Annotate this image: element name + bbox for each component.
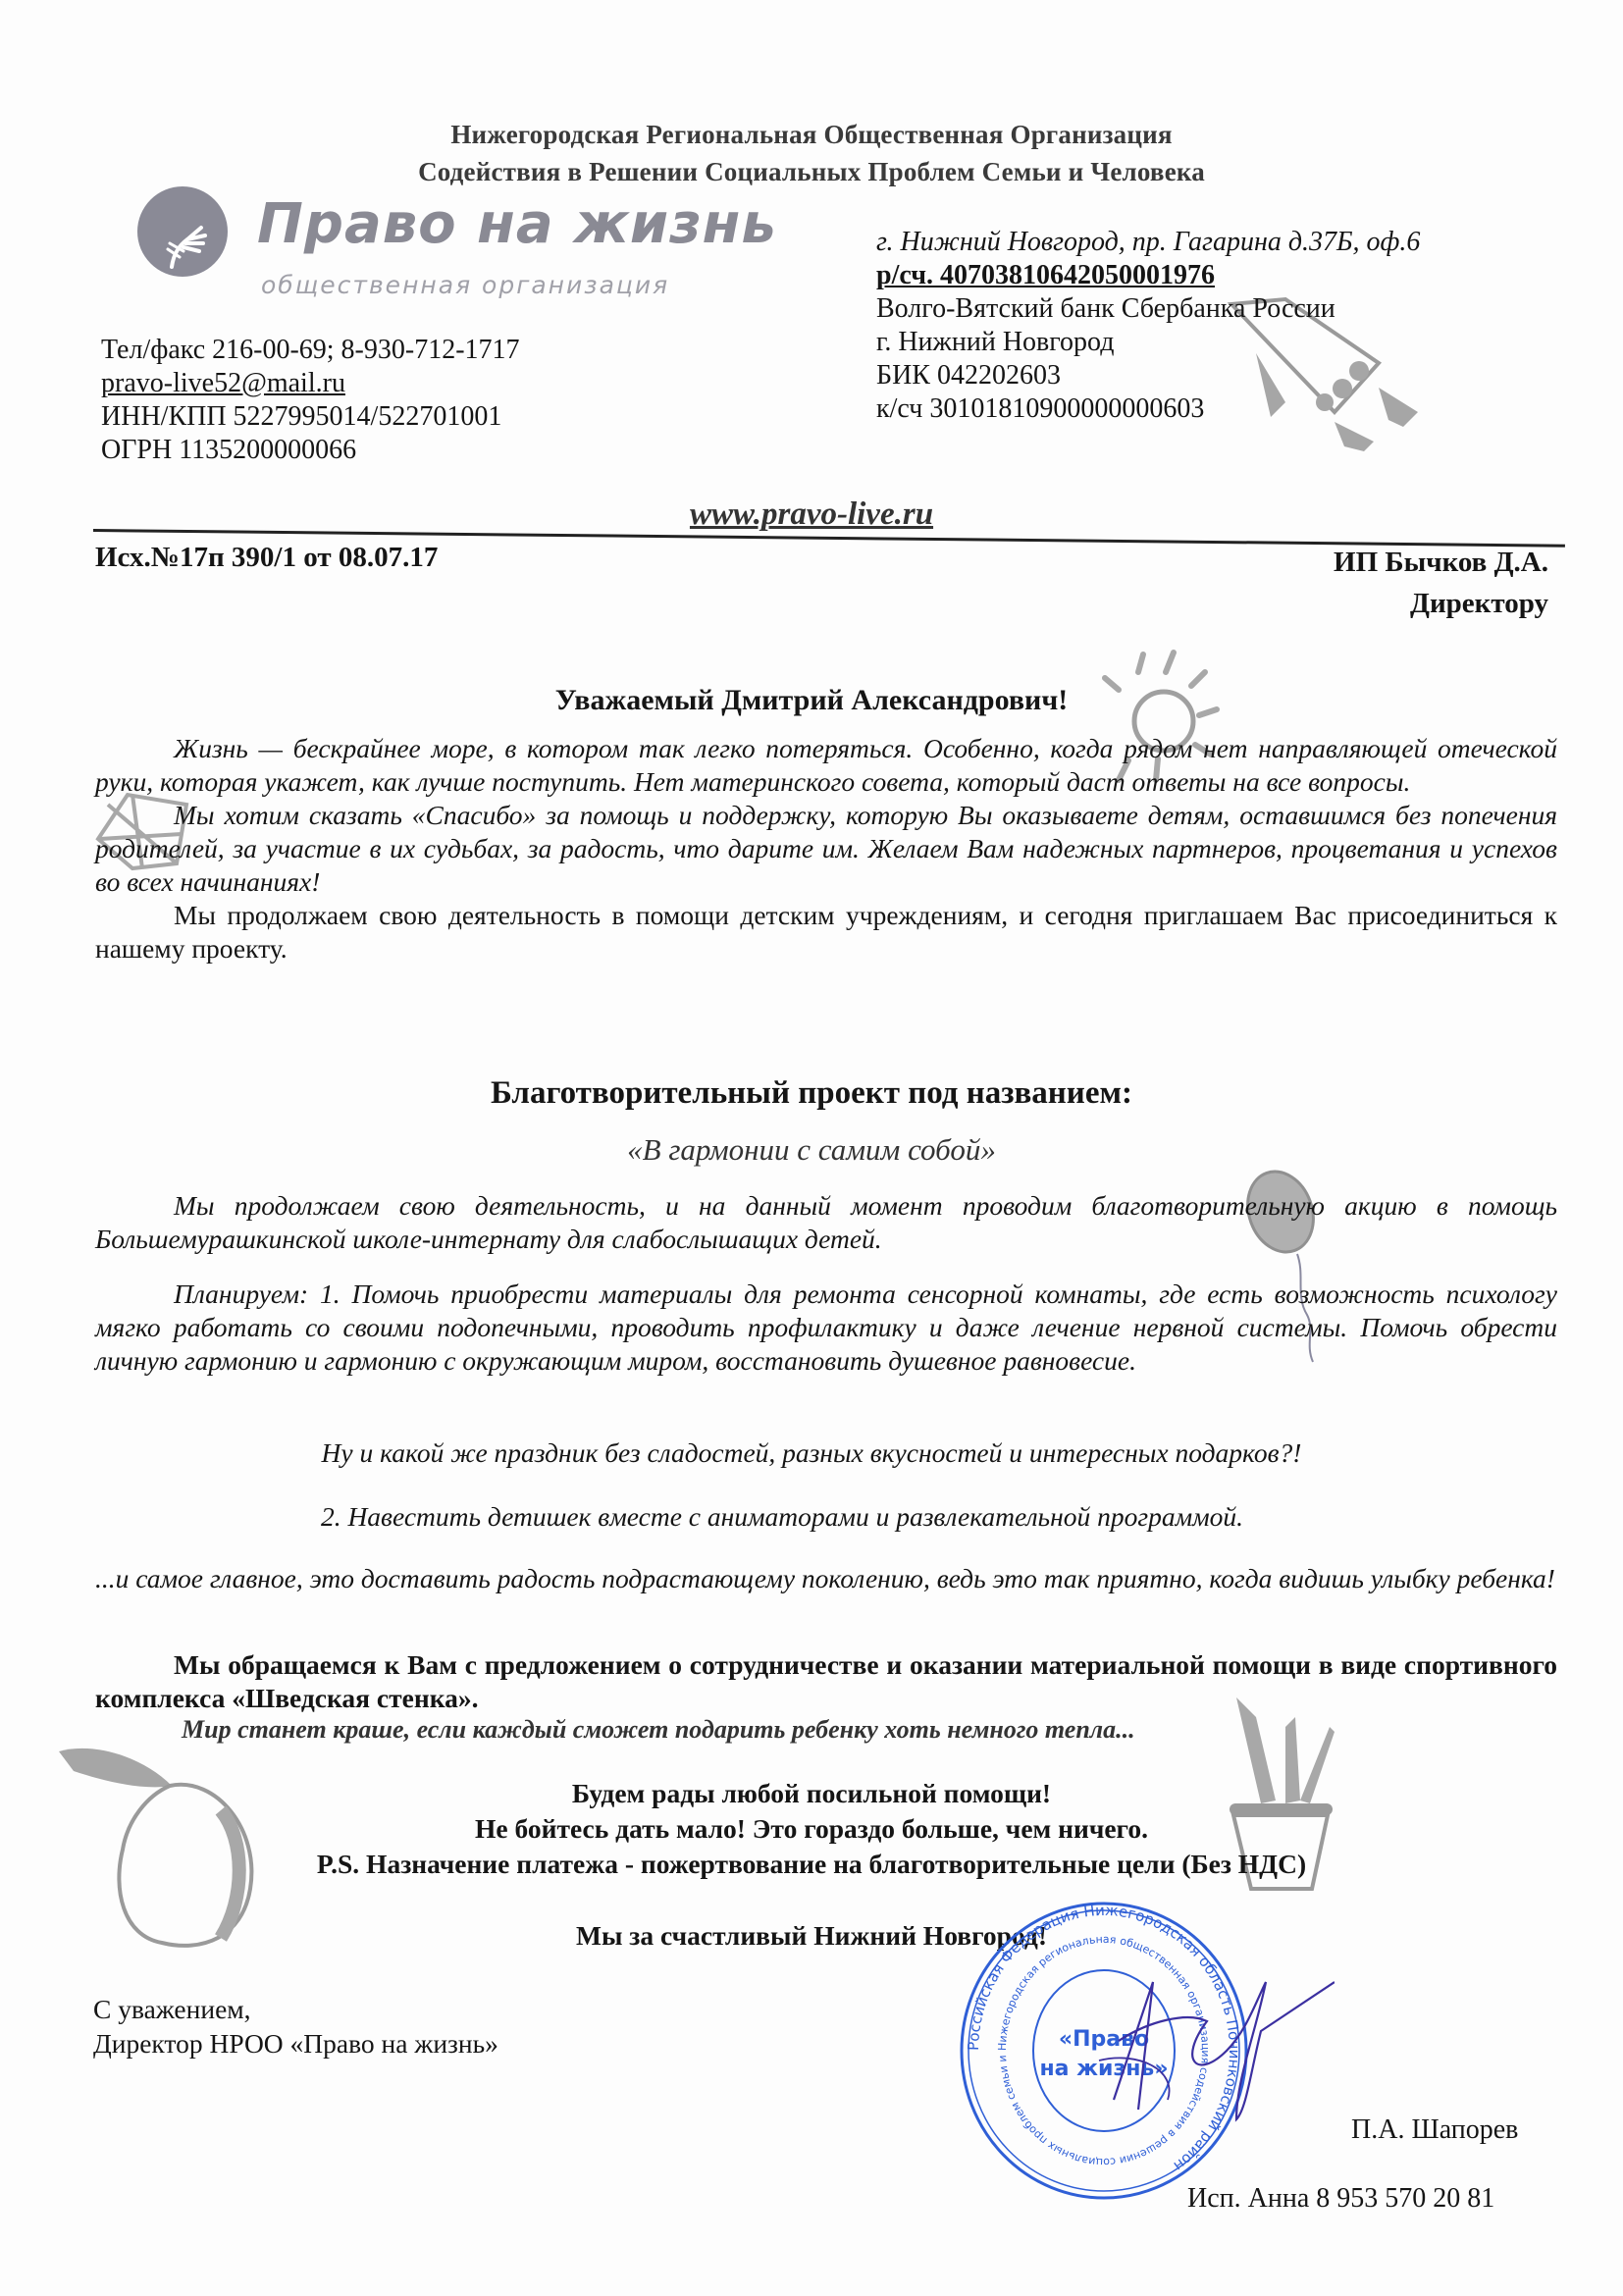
signer-position: Директор НРОО «Право на жизнь»: [93, 2026, 498, 2061]
letter-page: Нижегородская Региональная Общественная …: [0, 0, 1623, 2296]
inn-kpp: ИНН/КПП 5227995014/522701001: [101, 400, 520, 434]
project-heading: Благотворительный проект под названием:: [0, 1075, 1623, 1112]
paragraph-3: Мы продолжаем свою деятельность в помощи…: [95, 899, 1557, 965]
main-point: ...и самое главное, это доставить радост…: [95, 1562, 1557, 1595]
bank-details: г. Нижний Новгород, пр. Гагарина д.37Б, …: [876, 226, 1420, 426]
outgoing-number: Исх.№17п 390/1 от 08.07.17: [95, 542, 438, 574]
bank-city: г. Нижний Новгород: [876, 326, 1420, 359]
paragraph-2: Мы хотим сказать «Спасибо» за помощь и п…: [95, 799, 1557, 899]
project-paragraph-1: Мы продолжаем свою деятельность, и на да…: [95, 1189, 1557, 1256]
office-address: г. Нижний Новгород, пр. Гагарина д.37Б, …: [876, 226, 1420, 259]
regards-block: С уважением, Директор НРОО «Право на жиз…: [93, 1992, 498, 2061]
org-name-line2: Содействия в Решении Социальных Проблем …: [0, 153, 1623, 190]
payment-note: P.S. Назначение платежа - пожертвование …: [0, 1847, 1623, 1882]
executor-contact: Исп. Анна 8 953 570 20 81: [1187, 2183, 1494, 2215]
signer-name: П.А. Шапорев: [1351, 2114, 1518, 2146]
org-header: Нижегородская Региональная Общественная …: [0, 116, 1623, 190]
project-paragraphs: Мы продолжаем свою деятельность, и на да…: [95, 1189, 1557, 1378]
holiday-line: Ну и какой же праздник без сладостей, ра…: [0, 1437, 1623, 1469]
ogrn: ОГРН 1135200000066: [101, 434, 520, 467]
closing-line-2: Не бойтесь дать мало! Это гораздо больше…: [0, 1811, 1623, 1847]
settlement-account: р/сч. 40703810642050001976: [876, 259, 1420, 292]
signature-icon: [1060, 1962, 1335, 2139]
greeting: Уважаемый Дмитрий Александрович!: [0, 684, 1623, 717]
addressee: ИП Бычков Д.А. Директору: [1334, 542, 1548, 624]
project-paragraph-2: Планируем: 1. Помочь приобрести материал…: [95, 1278, 1557, 1378]
bank-name: Волго-Вятский банк Сбербанка России: [876, 292, 1420, 326]
paragraph-1: Жизнь — бескрайнее море, в котором так л…: [95, 732, 1557, 799]
closing-block: Будем рады любой посильной помощи! Не бо…: [0, 1776, 1623, 1882]
org-name-line1: Нижегородская Региональная Общественная …: [0, 116, 1623, 153]
logo-subtitle: общественная организация: [261, 271, 669, 299]
addressee-title: Директору: [1334, 583, 1548, 624]
intro-paragraphs: Жизнь — бескрайнее море, в котором так л…: [95, 732, 1557, 965]
closing-line-1: Будем рады любой посильной помощи!: [0, 1776, 1623, 1811]
email-link[interactable]: pravo-live52@mail.ru: [101, 367, 520, 400]
phone: Тел/факс 216-00-69; 8-930-712-1717: [101, 334, 520, 367]
website-link[interactable]: www.pravo-live.ru: [690, 496, 933, 532]
slogan: Мы за счастливый Нижний Новгород!: [0, 1920, 1623, 1952]
regards: С уважением,: [93, 1992, 498, 2026]
addressee-name: ИП Бычков Д.А.: [1334, 542, 1548, 583]
website: www.pravo-live.ru: [0, 496, 1623, 533]
contacts-block: Тел/факс 216-00-69; 8-930-712-1717 pravo…: [101, 334, 520, 467]
bik: БИК 042202603: [876, 359, 1420, 392]
project-name: «В гармонии с самим собой»: [0, 1132, 1623, 1168]
hands-icon: [162, 210, 211, 269]
plan-item-2: 2. Навестить детишек вместе с аниматорам…: [0, 1501, 1594, 1533]
correspondent-account: к/сч 30101810900000000603: [876, 392, 1420, 426]
logo-title: Право на жизнь: [257, 192, 777, 256]
